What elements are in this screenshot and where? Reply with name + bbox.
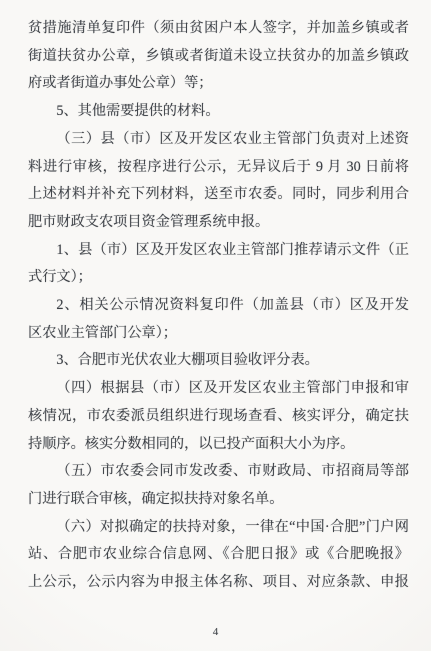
text-line: （四）根据县（市）区及开发区农业主管部门申报和审 <box>28 375 409 403</box>
text-line: 2、相关公示情况资料复印件（加盖县（市）区及开发 <box>28 292 409 320</box>
text-line: 料进行审核，按程序进行公示，无异议后于 9 月 30 日前将 <box>28 154 409 182</box>
text-line: （三）县（市）区及开发区农业主管部门负责对上述资 <box>28 126 409 154</box>
text-line: 上公示，公示内容为申报主体名称、项目、对应条款、申报 <box>28 569 409 597</box>
text-line: 贫措施清单复印件（须由贫困户本人签字，并加盖乡镇或者 <box>28 15 409 43</box>
text-line: 5、其他需要提供的材料。 <box>28 98 409 126</box>
text-line: 肥市财政支农项目资金管理系统申报。 <box>28 209 409 237</box>
page-number: 4 <box>0 626 431 638</box>
text-line: 区农业主管部门公章）； <box>28 320 409 348</box>
text-line: 持顺序。核实分数相同的，以已投产面积大小为序。 <box>28 431 409 459</box>
text-line: （六）对拟确定的扶持对象，一律在“中国·合肥”门户网 <box>28 514 409 542</box>
text-line: 核情况，市农委派员组织进行现场查看、核实评分，确定扶 <box>28 403 409 431</box>
text-line: 上述材料并补充下列材料，送至市农委。同时，同步利用合 <box>28 181 409 209</box>
text-line: （五）市农委会同市发改委、市财政局、市招商局等部 <box>28 458 409 486</box>
text-line: 府或者街道办事处公章）等； <box>28 70 409 98</box>
text-line: 街道扶贫办公章，乡镇或者街道未设立扶贫办的加盖乡镇政 <box>28 43 409 71</box>
text-line: 式行文）； <box>28 264 409 292</box>
text-line: 门进行联合审核，确定拟扶持对象名单。 <box>28 486 409 514</box>
text-line: 3、合肥市光伏农业大棚项目验收评分表。 <box>28 347 409 375</box>
document-page: 贫措施清单复印件（须由贫困户本人签字，并加盖乡镇或者 街道扶贫办公章，乡镇或者街… <box>0 0 431 651</box>
text-line: 1、县（市）区及开发区农业主管部门推荐请示文件（正 <box>28 237 409 265</box>
text-line: 站、合肥市农业综合信息网、《合肥日报》或《合肥晚报》 <box>28 541 409 569</box>
document-text-block: 贫措施清单复印件（须由贫困户本人签字，并加盖乡镇或者 街道扶贫办公章，乡镇或者街… <box>28 15 409 597</box>
